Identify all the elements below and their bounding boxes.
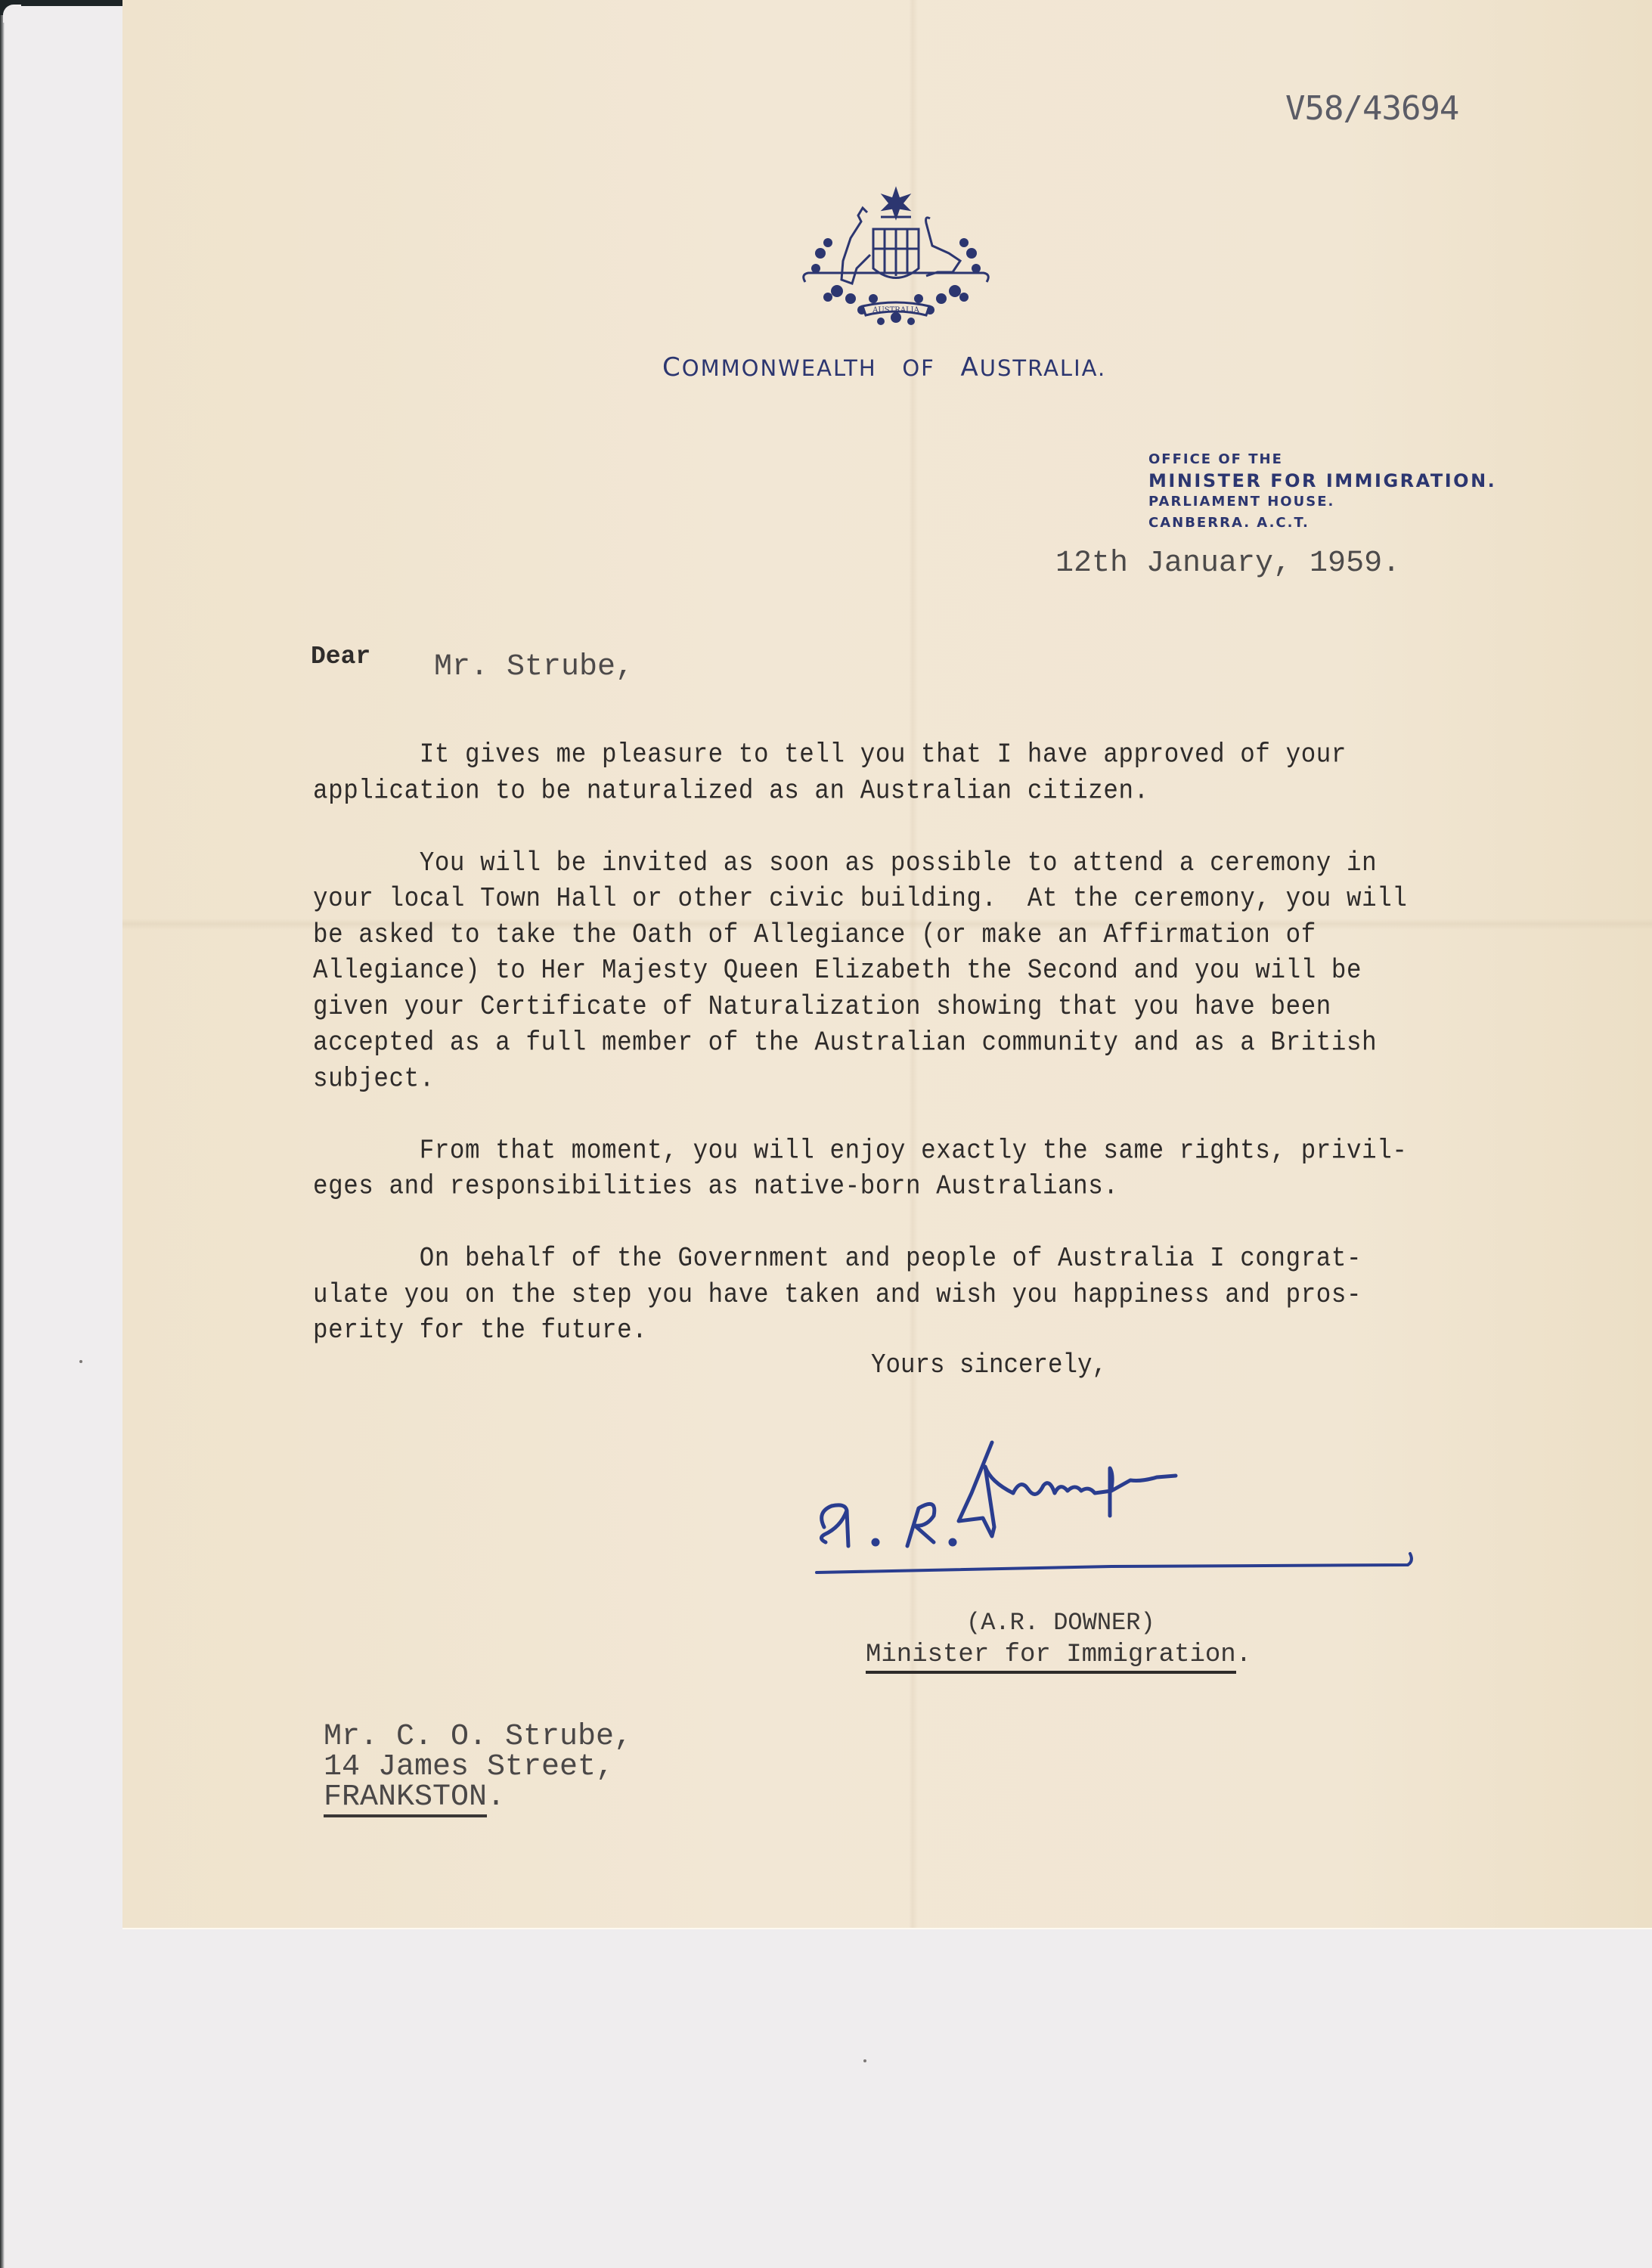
signature (794, 1421, 1414, 1580)
signer-name: (A.R. DOWNER) (966, 1609, 1155, 1637)
signer-title: Minister for Immigration. (866, 1641, 1251, 1669)
addressee-street: 14 James Street, (324, 1752, 632, 1783)
letter-date: 12th January, 1959. (1055, 547, 1400, 581)
addressee-town: FRANKSTON. (324, 1783, 632, 1813)
body-paragraph: From that moment, you will enjoy exactly… (313, 1133, 1492, 1205)
letter-body: It gives me pleasure to tell you that I … (313, 737, 1492, 1385)
body-paragraph: It gives me pleasure to tell you that I … (313, 737, 1492, 809)
letterhead-title: COMMONWEALTH OF AUSTRALIA. (662, 352, 1161, 383)
addressee-block: Mr. C. O. Strube, 14 James Street, FRANK… (324, 1722, 632, 1813)
salutation: Dear (311, 643, 370, 671)
body-paragraph: On behalf of the Government and people o… (313, 1241, 1492, 1349)
office-line: MINISTER FOR IMMIGRATION. (1148, 470, 1496, 491)
scanner-corner (0, 0, 15, 15)
body-paragraph: You will be invited as soon as possible … (313, 845, 1492, 1097)
svg-text:AUSTRALIA: AUSTRALIA (872, 306, 920, 314)
scanner-left-edge (0, 0, 5, 2268)
scan-speck (863, 2059, 866, 2062)
salutation-name: Mr. Strube, (434, 650, 634, 684)
office-line: OFFICE OF THE (1148, 449, 1496, 470)
coat-of-arms-icon: AUSTRALIA (798, 185, 994, 336)
closing: Yours sincerely, (871, 1349, 1107, 1380)
office-line: CANBERRA. A.C.T. (1148, 513, 1496, 534)
office-address-block: OFFICE OF THE MINISTER FOR IMMIGRATION. … (1148, 449, 1496, 534)
scan-speck (79, 1360, 82, 1363)
office-line: PARLIAMENT HOUSE. (1148, 491, 1496, 513)
addressee-name: Mr. C. O. Strube, (324, 1722, 632, 1752)
reference-number: V58/43694 (1285, 89, 1458, 128)
